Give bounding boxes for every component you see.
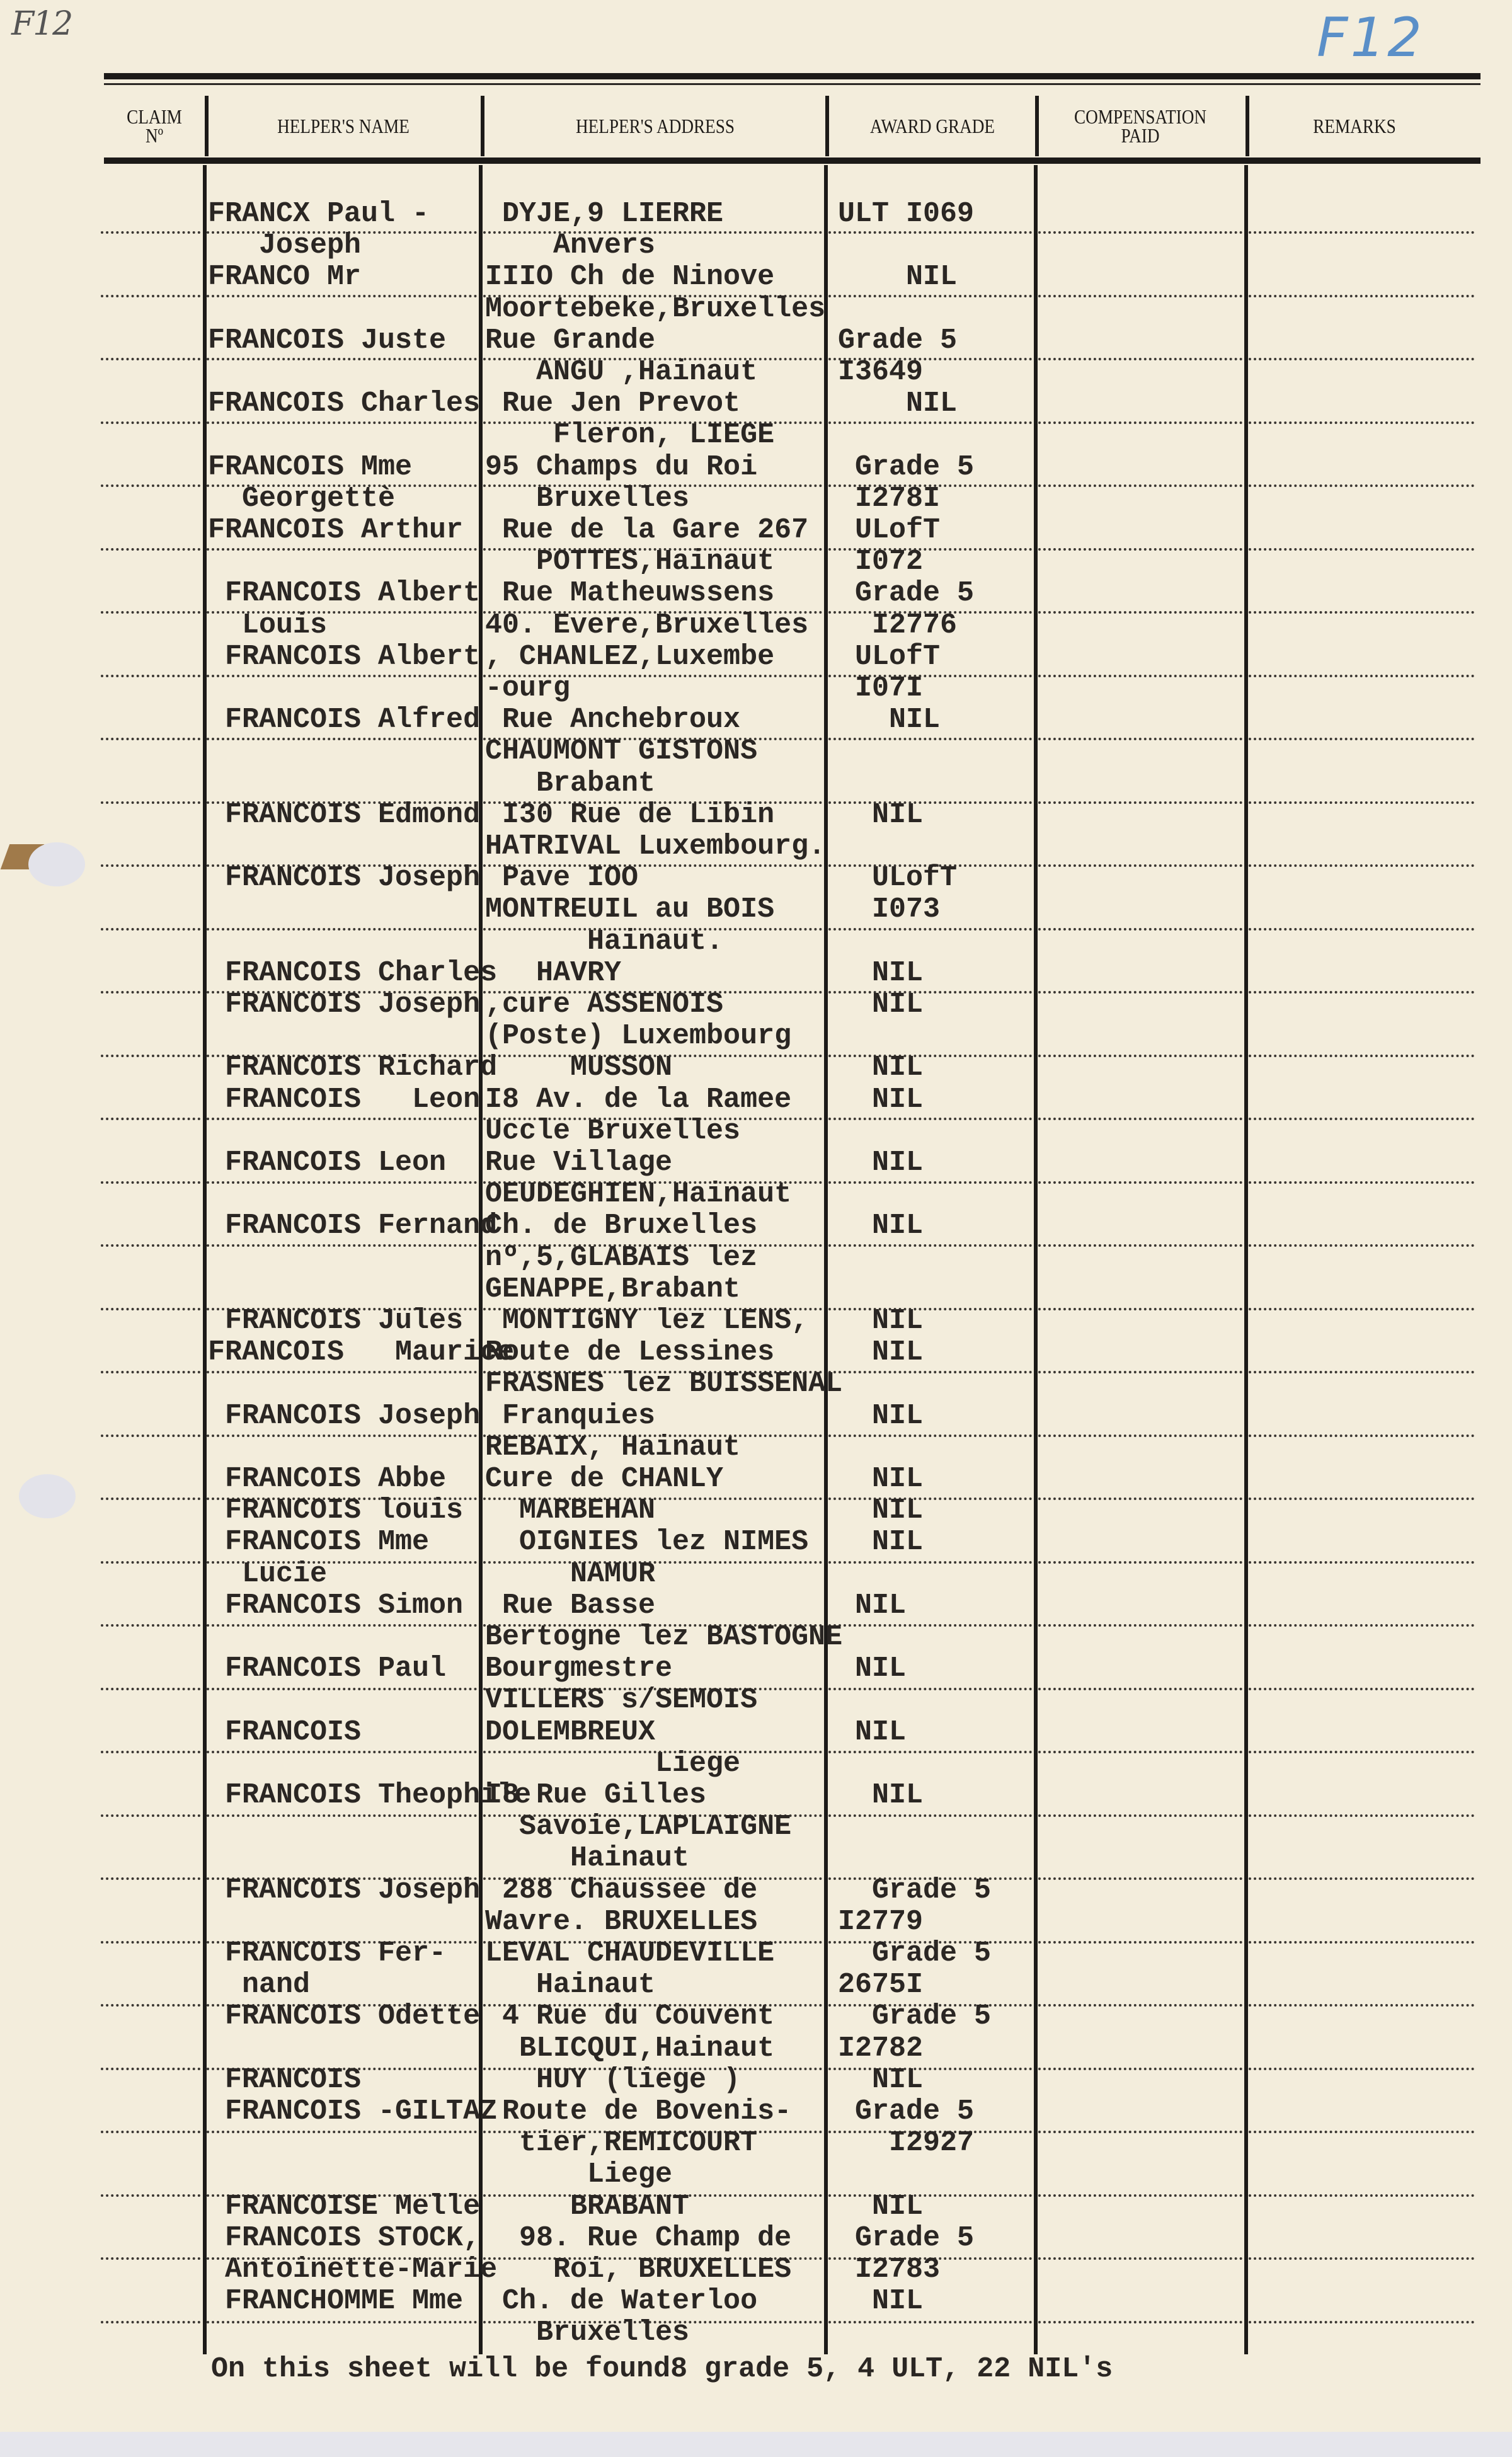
dotted-row-rule	[207, 1244, 477, 1247]
dotted-row-rule	[101, 421, 200, 424]
entry-address: DOLEMBREUX	[485, 1717, 655, 1748]
entry-name: FRANCOIS Edmond	[208, 799, 480, 831]
dotted-row-rule	[1249, 295, 1474, 297]
header-bottom-rule	[104, 157, 1480, 164]
dotted-row-rule	[1038, 1498, 1242, 1500]
entry-name: FRANCOIS louis	[208, 1495, 463, 1526]
entry-address: OEUDEGHIEN,Hainaut	[485, 1179, 791, 1210]
dotted-row-rule	[1249, 1498, 1474, 1500]
dotted-row-rule	[1249, 484, 1474, 487]
entry-address: Rue de la Gare 267	[485, 515, 808, 546]
entry-grade: NIL	[838, 1653, 906, 1685]
column-divider-comp-remarks	[1244, 165, 1248, 2354]
dotted-row-rule	[1249, 1751, 1474, 1753]
dotted-row-rule	[1249, 2004, 1474, 2007]
entry-name: FRANCOIS Leon	[208, 1084, 480, 1116]
entry-name: FRANCOIS Leon	[208, 1147, 446, 1179]
dotted-row-rule	[1038, 1308, 1242, 1310]
entry-name: FRANCOIS Alfred	[208, 704, 480, 736]
dotted-row-rule	[828, 1624, 1032, 1627]
dotted-row-rule	[101, 1308, 200, 1310]
dotted-row-rule	[1038, 1941, 1242, 1944]
dotted-row-rule	[207, 928, 477, 931]
column-divider-grade-comp	[1034, 165, 1038, 2354]
dotted-row-rule	[101, 2257, 200, 2260]
dotted-row-rule	[828, 1561, 1032, 1564]
scan-background	[0, 2432, 1512, 2457]
entry-name: FRANCOIS Richard	[208, 1052, 497, 1084]
entry-address: Bruxelles	[485, 483, 689, 515]
entry-grade: NIL	[838, 1780, 923, 1811]
dotted-row-rule	[1249, 1371, 1474, 1373]
dotted-row-rule	[1038, 1688, 1242, 1690]
dotted-row-rule	[828, 1244, 1032, 1247]
header-divider	[1246, 96, 1249, 156]
dotted-row-rule	[101, 2194, 200, 2197]
entry-grade: 2675I	[838, 1969, 923, 2001]
dotted-row-rule	[1038, 295, 1242, 297]
entry-grade: I072	[838, 546, 923, 578]
entry-grade: ULofT	[838, 641, 940, 673]
entry-address: Bourgmestre	[485, 1653, 672, 1685]
entry-name: FRANCOIS Joseph	[208, 1875, 480, 1906]
dotted-row-rule	[1249, 1181, 1474, 1184]
entry-address: ANGU ,Hainaut	[485, 357, 757, 388]
dotted-row-rule	[1249, 1814, 1474, 1817]
dotted-row-rule	[1038, 801, 1242, 804]
entry-address: FRASNES lez BUISSENAL	[485, 1368, 842, 1400]
entry-grade: NIL	[838, 2286, 923, 2317]
dotted-row-rule	[1038, 1751, 1242, 1753]
entry-name: FRANCX Paul -	[208, 198, 429, 230]
dotted-row-rule	[207, 1371, 477, 1373]
entry-name: FRANCOIS Maurice	[208, 1337, 514, 1368]
dotted-row-rule	[101, 2004, 200, 2007]
entry-name: FRANCHOMME Mme	[208, 2286, 463, 2317]
entry-name: Joseph	[208, 230, 361, 261]
entry-name: FRANCOIS Joseph	[208, 862, 480, 894]
entry-grade: ULofT	[838, 862, 957, 894]
entry-grade: NIL	[838, 1717, 906, 1748]
dotted-row-rule	[828, 1435, 1032, 1437]
entry-address: ,cure ASSENOIS	[485, 989, 723, 1021]
entry-address: LEVAL CHAUDEVILLE	[485, 1938, 774, 1969]
entry-name: FRANCOIS Charles	[208, 388, 480, 420]
entry-address: Savoie,LAPLAIGNE	[485, 1811, 791, 1843]
entry-address: Rue Anchebroux	[485, 704, 740, 736]
entry-address: BRABANT	[485, 2191, 689, 2223]
dotted-row-rule	[101, 1751, 200, 1753]
entry-name: FRANCOIS Arthur	[208, 515, 463, 546]
dotted-row-rule	[101, 1498, 200, 1500]
entry-grade: I2776	[838, 610, 957, 641]
dotted-row-rule	[1038, 1561, 1242, 1564]
entry-name: FRANCOIS Abbe	[208, 1463, 446, 1495]
entry-grade: Grade 5	[838, 325, 957, 357]
entry-address: -ourg	[485, 673, 570, 704]
dotted-row-rule	[101, 928, 200, 931]
dotted-row-rule	[1038, 421, 1242, 424]
entry-name: FRANCOIS -GILTAZ	[208, 2096, 497, 2128]
entry-address: Route de Bovenis-	[485, 2096, 791, 2128]
dotted-row-rule	[207, 738, 477, 740]
entry-grade: NIL	[838, 958, 923, 989]
entry-name: FRANCOIS	[208, 2065, 361, 2096]
entry-address: Anvers	[485, 230, 655, 261]
dotted-row-rule	[1038, 738, 1242, 740]
dotted-row-rule	[1249, 2194, 1474, 2197]
entry-name: FRANCO Mr	[208, 261, 361, 293]
entry-grade: NIL	[838, 704, 940, 736]
entry-address: NAMUR	[485, 1559, 655, 1590]
entry-grade: NIL	[838, 1147, 923, 1179]
column-header-helper-name: HELPER'S NAME	[228, 94, 459, 157]
entry-address: 4 Rue du Couvent	[485, 2001, 774, 2032]
dotted-row-rule	[1038, 2131, 1242, 2133]
entry-address: Ch. de Bruxelles	[485, 1210, 757, 1242]
dotted-row-rule	[101, 1371, 200, 1373]
entry-name: FRANCOIS Theophile	[208, 1780, 531, 1811]
entry-address: REBAIX, Hainaut	[485, 1432, 740, 1463]
dotted-row-rule	[1249, 358, 1474, 360]
dotted-row-rule	[101, 1814, 200, 1817]
entry-address: CHAUMONT GISTONS	[485, 736, 757, 767]
punch-hole-top	[28, 842, 85, 886]
entry-address: Route de Lessines	[485, 1337, 774, 1368]
entry-address: Rue Matheuwssens	[485, 578, 774, 609]
entry-address: Ch. de Waterloo	[485, 2286, 757, 2317]
dotted-row-rule	[101, 1055, 200, 1057]
dotted-row-rule	[1249, 2068, 1474, 2070]
dotted-row-rule	[101, 2068, 200, 2070]
dotted-row-rule	[207, 1624, 477, 1627]
entry-address: 288 Chaussee de	[485, 1875, 757, 1906]
dotted-row-rule	[101, 611, 200, 614]
dotted-row-rule	[1038, 1624, 1242, 1627]
entry-address: Bruxelles	[485, 2317, 689, 2349]
dotted-row-rule	[101, 1624, 200, 1627]
dotted-row-rule	[1249, 928, 1474, 931]
entry-name: FRANCOIS Albert	[208, 578, 480, 609]
dotted-row-rule	[101, 1118, 200, 1120]
entry-grade: I2927	[838, 2128, 974, 2159]
entry-grade: I3649	[838, 357, 923, 388]
dotted-row-rule	[1038, 1181, 1242, 1184]
dotted-row-rule	[1038, 611, 1242, 614]
entry-address: POTTES,Hainaut	[485, 546, 774, 578]
entry-grade: NIL	[838, 261, 957, 293]
dotted-row-rule	[101, 358, 200, 360]
dotted-row-rule	[101, 801, 200, 804]
dotted-row-rule	[1038, 1877, 1242, 1880]
dotted-row-rule	[207, 1814, 477, 1817]
dotted-row-rule	[207, 1688, 477, 1690]
dotted-row-rule	[828, 231, 1032, 234]
dotted-row-rule	[1038, 358, 1242, 360]
file-reference-handwritten: F12	[1317, 6, 1424, 69]
dotted-row-rule	[207, 1181, 477, 1184]
entry-grade: I2782	[838, 2033, 923, 2065]
entry-grade: NIL	[838, 799, 923, 831]
dotted-row-rule	[1038, 864, 1242, 867]
dotted-row-rule	[828, 1118, 1032, 1120]
entry-name: FRANCOIS Simon	[208, 1590, 463, 1622]
dotted-row-rule	[101, 1561, 200, 1564]
entry-grade: I07I	[838, 673, 923, 704]
entry-address: Roi, BRUXELLES	[485, 2254, 791, 2286]
entry-address: MONTIGNY lez LENS,	[485, 1305, 808, 1337]
dotted-row-rule	[101, 548, 200, 551]
entry-address: tier,REMICOURT	[485, 2128, 757, 2159]
header-divider	[825, 96, 829, 156]
entry-address: BLICQUI,Hainaut	[485, 2033, 774, 2065]
entry-name: FRANCOIS Fernand	[208, 1210, 497, 1242]
dotted-row-rule	[828, 295, 1032, 297]
column-divider-address-grade	[824, 165, 828, 2354]
dotted-row-rule	[101, 484, 200, 487]
dotted-row-rule	[1249, 2257, 1474, 2260]
dotted-row-rule	[1249, 548, 1474, 551]
dotted-row-rule	[1038, 231, 1242, 234]
dotted-row-rule	[1249, 991, 1474, 994]
dotted-row-rule	[207, 358, 477, 360]
entry-address: Uccle Bruxelles	[485, 1116, 740, 1147]
entry-name: FRANCOIS Fer-	[208, 1938, 446, 1969]
dotted-row-rule	[207, 421, 477, 424]
dotted-row-rule	[1038, 1244, 1242, 1247]
entry-address: I8 Rue Gilles	[485, 1780, 706, 1811]
header-top-rule	[104, 73, 1480, 79]
entry-grade: I2779	[838, 1906, 923, 1938]
entry-address: 98. Rue Champ de	[485, 2223, 791, 2254]
entry-grade: NIL	[838, 1337, 923, 1368]
entry-name: FRANCOIS STOCK,	[208, 2223, 480, 2254]
dotted-row-rule	[1038, 1814, 1242, 1817]
entry-address: Rue Village	[485, 1147, 672, 1179]
entry-address: GENAPPE,Brabant	[485, 1274, 740, 1305]
dotted-row-rule	[1249, 1308, 1474, 1310]
entry-name: Lucie	[208, 1559, 327, 1590]
dotted-row-rule	[1249, 675, 1474, 677]
entry-name: nand	[208, 1969, 310, 2001]
dotted-row-rule	[101, 2321, 200, 2323]
entry-name: FRANCOIS	[208, 1717, 361, 1748]
entry-grade: ULT I069	[838, 198, 974, 230]
entry-grade: I2783	[838, 2254, 940, 2286]
entry-address: Hainaut	[485, 1969, 655, 2001]
entry-address: Cure de CHANLY	[485, 1463, 723, 1495]
dotted-row-rule	[1038, 1055, 1242, 1057]
dotted-row-rule	[1249, 2321, 1474, 2323]
entry-name: FRANCOIS Mme	[208, 1526, 429, 1558]
column-header-compensation-paid: COMPENSATION PAID	[1052, 94, 1229, 157]
entry-address: Moortebeke,Bruxelles	[485, 294, 825, 325]
entry-address: Rue Jen Prevot	[485, 388, 740, 420]
entry-grade: NIL	[838, 388, 957, 420]
entry-address: MONTREUIL au BOIS	[485, 894, 774, 925]
dotted-row-rule	[1249, 864, 1474, 867]
entry-grade: NIL	[838, 1463, 923, 1495]
dotted-row-rule	[828, 2321, 1032, 2323]
dotted-row-rule	[1038, 2194, 1242, 2197]
dotted-row-rule	[1038, 1435, 1242, 1437]
dotted-row-rule	[101, 1688, 200, 1690]
dotted-row-rule	[828, 1371, 1032, 1373]
corner-handwritten-note: F12	[11, 5, 72, 43]
dotted-row-rule	[1249, 1118, 1474, 1120]
dotted-row-rule	[1038, 1371, 1242, 1373]
entry-address: HAVRY	[485, 958, 621, 989]
column-header-award-grade: AWARD GRADE	[842, 94, 1024, 157]
entry-address: Rue Grande	[485, 325, 655, 357]
dotted-row-rule	[1249, 1877, 1474, 1880]
dotted-row-rule	[1249, 738, 1474, 740]
dotted-row-rule	[1038, 1118, 1242, 1120]
dotted-row-rule	[207, 295, 477, 297]
entry-grade: I278I	[838, 483, 940, 515]
entry-address: Hainaut.	[485, 926, 723, 958]
dotted-row-rule	[207, 1751, 477, 1753]
column-header-helper-address: HELPER'S ADDRESS	[511, 94, 800, 157]
entry-name: FRANCOIS Joseph	[208, 989, 480, 1021]
entry-name: FRANCOIS Paul	[208, 1653, 446, 1685]
entry-address: , CHANLEZ,Luxembe	[485, 641, 774, 673]
dotted-row-rule	[828, 421, 1032, 424]
entry-name: Georgettè	[208, 483, 395, 515]
entry-grade: NIL	[838, 2065, 923, 2096]
entry-address: (Poste) Luxembourg	[485, 1021, 791, 1052]
entry-name: FRANCOIS Odette	[208, 2001, 480, 2032]
dotted-row-rule	[101, 1941, 200, 1944]
entry-name: FRANCOIS Charles	[208, 958, 497, 989]
entry-address: Wavre. BRUXELLES	[485, 1906, 757, 1938]
dotted-row-rule	[1038, 484, 1242, 487]
entry-grade: Grade 5	[838, 1938, 991, 1969]
dotted-row-rule	[828, 738, 1032, 740]
dotted-row-rule	[1249, 1055, 1474, 1057]
dotted-row-rule	[1038, 2257, 1242, 2260]
dotted-row-rule	[1249, 801, 1474, 804]
entry-grade: NIL	[838, 2191, 923, 2223]
header-top-thin-rule	[104, 83, 1480, 85]
entry-address: Franquies	[485, 1400, 655, 1432]
dotted-row-rule	[101, 864, 200, 867]
dotted-row-rule	[101, 738, 200, 740]
dotted-row-rule	[207, 1118, 477, 1120]
sheet-summary-note: On this sheet will be found8 grade 5, 4 …	[211, 2353, 1113, 2385]
entry-address: Pave IOO	[485, 862, 638, 894]
entry-name: FRANCOIS Jules	[208, 1305, 463, 1337]
dotted-row-rule	[1038, 928, 1242, 931]
dotted-row-rule	[828, 1814, 1032, 1817]
entry-grade: NIL	[838, 1526, 923, 1558]
dotted-row-rule	[1249, 231, 1474, 234]
entry-address: Rue Basse	[485, 1590, 655, 1622]
dotted-row-rule	[1038, 2068, 1242, 2070]
entry-address: IIIO Ch de Ninove	[485, 261, 774, 293]
column-header-remarks: REMARKS	[1264, 94, 1446, 157]
entry-grade: NIL	[838, 1210, 923, 1242]
entry-address: 95 Champs du Roi	[485, 452, 757, 483]
entry-name: Antoinette-Marie	[208, 2254, 497, 2286]
dotted-row-rule	[1038, 2004, 1242, 2007]
entry-grade: NIL	[838, 1052, 923, 1084]
header-divider	[205, 96, 209, 156]
entry-address: Fleron, LIEGE	[485, 420, 774, 451]
entry-address: DYJE,9 LIERRE	[485, 198, 723, 230]
entry-grade: I073	[838, 894, 940, 925]
dotted-row-rule	[828, 1751, 1032, 1753]
dotted-row-rule	[1249, 1561, 1474, 1564]
entry-grade: NIL	[838, 1084, 923, 1116]
entry-address: HATRIVAL Luxembourg.	[485, 831, 825, 862]
entry-address: HUY (liege )	[485, 2065, 740, 2096]
dotted-row-rule	[207, 2321, 477, 2323]
entry-address: 40. Evere,Bruxelles	[485, 610, 808, 641]
entry-grade: NIL	[838, 1495, 923, 1526]
dotted-row-rule	[828, 928, 1032, 931]
dotted-row-rule	[828, 1181, 1032, 1184]
dotted-row-rule	[101, 1435, 200, 1437]
dotted-row-rule	[1249, 421, 1474, 424]
entry-grade: Grade 5	[838, 1875, 991, 1906]
dotted-row-rule	[1249, 2131, 1474, 2133]
entry-name: FRANCOISE Melle	[208, 2191, 480, 2223]
entry-grade: Grade 5	[838, 452, 974, 483]
entry-address: I8 Av. de la Ramee	[485, 1084, 791, 1116]
entry-address: Brabant	[485, 768, 655, 799]
entry-address: Bertogne lez BASTOGNE	[485, 1622, 842, 1653]
entry-grade: Grade 5	[838, 2223, 974, 2254]
entry-grade: Grade 5	[838, 2096, 974, 2128]
entry-name: FRANCOIS Juste	[208, 325, 446, 357]
entry-name: FRANCOIS Albert	[208, 641, 480, 673]
entry-address: I30 Rue de Libin	[485, 799, 774, 831]
dotted-row-rule	[1038, 991, 1242, 994]
entry-address: Liege	[485, 2159, 672, 2191]
entry-grade: Grade 5	[838, 578, 974, 609]
dotted-row-rule	[1038, 548, 1242, 551]
header-divider	[1035, 96, 1039, 156]
dotted-row-rule	[101, 675, 200, 677]
column-divider-claim-name	[203, 165, 207, 2354]
entry-grade: NIL	[838, 1590, 906, 1622]
dotted-row-rule	[101, 1244, 200, 1247]
dotted-row-rule	[207, 1435, 477, 1437]
entry-grade: Grade 5	[838, 2001, 991, 2032]
dotted-row-rule	[101, 1181, 200, 1184]
entry-name: FRANCOIS Mme	[208, 452, 412, 483]
dotted-row-rule	[1249, 611, 1474, 614]
dotted-row-rule	[1249, 1688, 1474, 1690]
entry-address: nº,5,GLABAIS lez	[485, 1242, 757, 1274]
dotted-row-rule	[101, 295, 200, 297]
entry-grade: NIL	[838, 1305, 923, 1337]
punch-hole-bottom	[19, 1474, 76, 1518]
dotted-row-rule	[1249, 1941, 1474, 1944]
entry-grade: NIL	[838, 989, 923, 1021]
column-header-claim-no: CLAIM Nº	[112, 94, 197, 157]
dotted-row-rule	[207, 2131, 477, 2133]
dotted-row-rule	[207, 548, 477, 551]
dotted-row-rule	[101, 2131, 200, 2133]
dotted-row-rule	[101, 1877, 200, 1880]
dotted-row-rule	[207, 675, 477, 677]
entry-name: Louis	[208, 610, 327, 641]
entry-name: FRANCOIS Joseph	[208, 1400, 480, 1432]
entry-grade: ULofT	[838, 515, 940, 546]
dotted-row-rule	[101, 991, 200, 994]
